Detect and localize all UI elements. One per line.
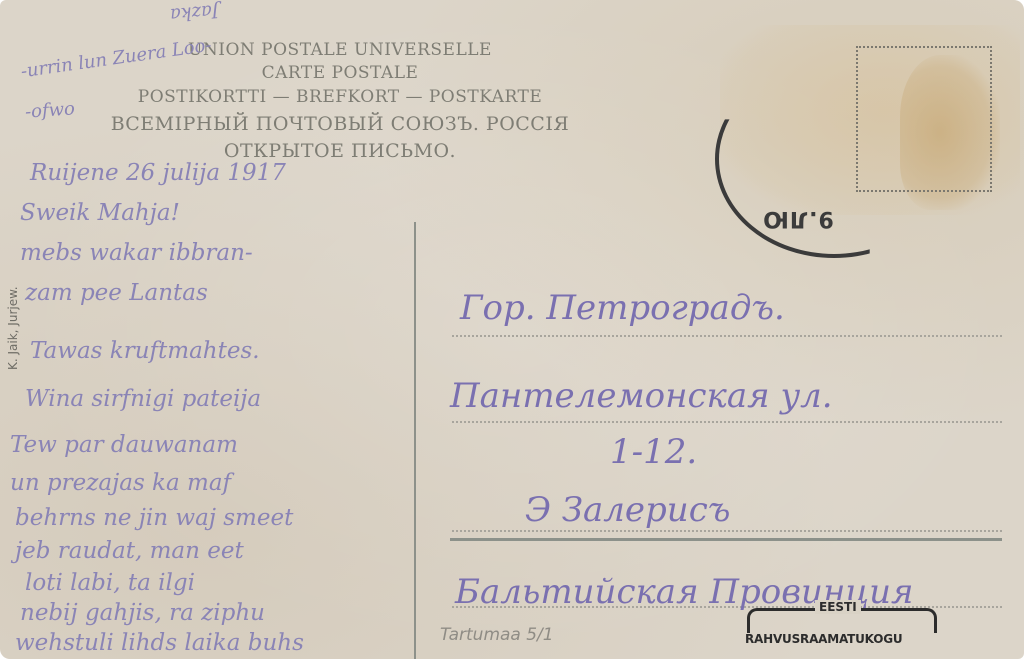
publisher-imprint: K. Jaik, Jurjew. xyxy=(6,286,20,370)
message-line: Tawas kruftmahtes. xyxy=(30,338,260,364)
message-line: behrns ne jin waj smeet xyxy=(15,505,293,531)
message-line: loti labi, ta ilgi xyxy=(25,570,195,596)
message-line: Wina sirfnigi pateija xyxy=(25,386,261,412)
stamp-placeholder-box xyxy=(856,46,992,192)
library-stamp: EESTI RAHVUSRAAMATUKOGU xyxy=(745,600,935,655)
message-line: nebij gahjis, ra ziphu xyxy=(20,600,265,626)
library-stamp-bottom: RAHVUSRAAMATUKOGU xyxy=(745,632,902,646)
header-line-languages: POSTIKORTTI — BREFKORT — POSTKARTE xyxy=(40,87,640,107)
library-stamp-top: EESTI xyxy=(815,600,861,614)
pencil-archive-note: Tartumaa 5/1 xyxy=(440,625,554,645)
message-line: Sweik Mahja! xyxy=(20,200,180,226)
address-line: Пантелемонская ул. xyxy=(450,376,833,416)
header-line-russian-union: ВСЕМІРНЫЙ ПОЧТОВЫЙ СОЮЗЪ. РОССІЯ xyxy=(40,113,640,135)
message-line: Tew par dauwanam xyxy=(10,432,238,458)
message-line: zam pee Lantas xyxy=(25,280,208,306)
address-line: Э Залерисъ xyxy=(525,490,730,530)
message-line: jeb raudat, man eet xyxy=(15,538,244,564)
address-line: 1-12. xyxy=(610,432,697,472)
message-line: Ruijene 26 julija 1917 xyxy=(30,160,286,186)
address-dotted-line xyxy=(452,530,1002,532)
address-solid-line xyxy=(450,538,1002,541)
address-line: Гор. Петроградъ. xyxy=(460,288,785,328)
header-line-russian-card: ОТКРЫТОЕ ПИСЬМО. xyxy=(40,140,640,162)
message-line: mebs wakar ibbran- xyxy=(20,240,253,266)
vertical-divider xyxy=(414,222,416,659)
message-line: un prezajas ka maf xyxy=(10,470,231,496)
message-line: wehstuli lihds laika buhs xyxy=(15,630,304,656)
message-top-note: Jazka xyxy=(169,0,220,25)
postcard-back: UNION POSTALE UNIVERSELLE CARTE POSTALE … xyxy=(0,0,1024,659)
address-dotted-line xyxy=(452,335,1002,337)
postmark-date: 9.ЛЮ xyxy=(762,206,834,231)
message-top-note: -ofwo xyxy=(24,98,75,122)
address-dotted-line xyxy=(452,421,1002,423)
